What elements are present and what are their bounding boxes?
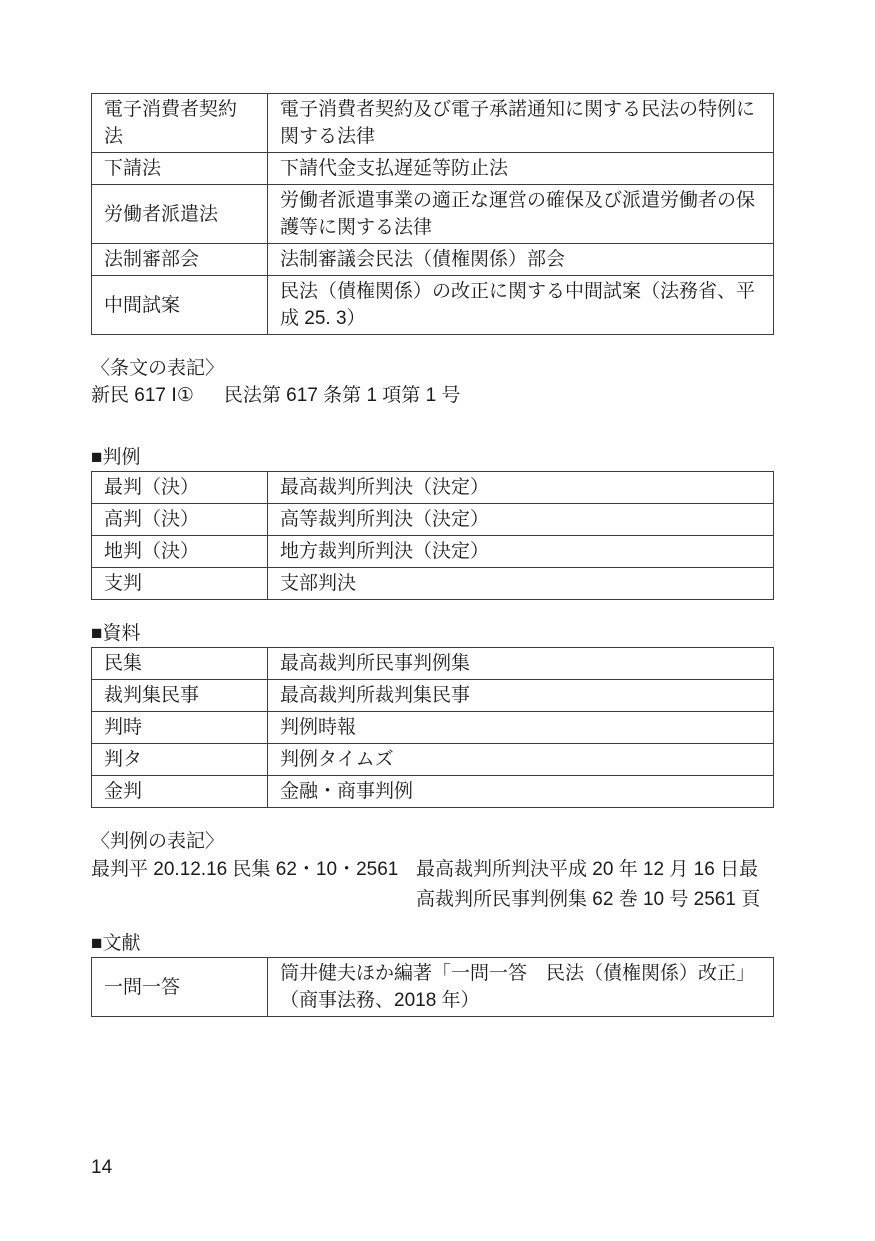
table-row: 判タ 判例タイムズ (92, 744, 774, 776)
document-page: 電子消費者契約法 電子消費者契約及び電子承諾通知に関する民法の特例に関する法律 … (0, 0, 875, 1241)
term-cell: 判タ (92, 744, 268, 776)
definition-cell: 民法（債権関係）の改正に関する中間試案（法務省、平成 25. 3） (268, 276, 774, 335)
term-cell: 法制審部会 (92, 244, 268, 276)
page-content: 電子消費者契約法 電子消費者契約及び電子承諾通知に関する民法の特例に関する法律 … (91, 93, 773, 1017)
table-row: 高判（決） 高等裁判所判決（決定） (92, 504, 774, 536)
term-cell: 労働者派遣法 (92, 185, 268, 244)
definition-cell: 筒井健夫ほか編著「一問一答 民法（債権関係）改正」（商事法務、2018 年） (268, 958, 774, 1017)
hanrei-abbreviation-table: 最判（決） 最高裁判所判決（決定） 高判（決） 高等裁判所判決（決定） 地判（決… (91, 471, 774, 600)
table-row: 支判 支部判決 (92, 568, 774, 600)
hanrei-hyoki-heading: 〈判例の表記〉 (91, 829, 773, 855)
term-cell: 最判（決） (92, 472, 268, 504)
table-row: 法制審部会 法制審議会民法（債権関係）部会 (92, 244, 774, 276)
definition-cell: 判例タイムズ (268, 744, 774, 776)
jobun-example-abbr: 新民 617 Ⅰ① (91, 385, 194, 406)
definition-cell: 地方裁判所判決（決定） (268, 536, 774, 568)
term-cell: 電子消費者契約法 (92, 94, 268, 153)
definition-cell: 判例時報 (268, 712, 774, 744)
bunken-heading: ■文献 (91, 931, 773, 957)
term-cell: 高判（決） (92, 504, 268, 536)
table-row: 一問一答 筒井健夫ほか編著「一問一答 民法（債権関係）改正」（商事法務、2018… (92, 958, 774, 1017)
definition-cell: 支部判決 (268, 568, 774, 600)
table-row: 中間試案 民法（債権関係）の改正に関する中間試案（法務省、平成 25. 3） (92, 276, 774, 335)
definition-cell: 高等裁判所判決（決定） (268, 504, 774, 536)
shiryo-heading: ■資料 (91, 621, 773, 647)
hanrei-heading: ■判例 (91, 445, 773, 471)
term-cell: 裁判集民事 (92, 680, 268, 712)
hanrei-hyoki-example-abbr: 最判平 20.12.16 民集 62・10・2561 (91, 855, 416, 915)
term-cell: 民集 (92, 648, 268, 680)
term-cell: 中間試案 (92, 276, 268, 335)
shiryo-abbreviation-table: 民集 最高裁判所民事判例集 裁判集民事 最高裁判所裁判集民事 判時 判例時報 判… (91, 647, 774, 808)
jobun-example-full: 民法第 617 条第 1 項第 1 号 (224, 385, 461, 406)
term-cell: 金判 (92, 776, 268, 808)
table-row: 下請法 下請代金支払遅延等防止法 (92, 153, 774, 185)
jobun-example-line: 新民 617 Ⅰ①民法第 617 条第 1 項第 1 号 (91, 382, 773, 410)
table-row: 裁判集民事 最高裁判所裁判集民事 (92, 680, 774, 712)
definition-cell: 下請代金支払遅延等防止法 (268, 153, 774, 185)
page-number: 14 (91, 1155, 112, 1181)
jobun-heading: 〈条文の表記〉 (91, 356, 773, 382)
hanrei-hyoki-example-line: 最判平 20.12.16 民集 62・10・2561 最高裁判所判決平成 20 … (91, 855, 773, 915)
term-cell: 一問一答 (92, 958, 268, 1017)
table-row: 民集 最高裁判所民事判例集 (92, 648, 774, 680)
table-row: 最判（決） 最高裁判所判決（決定） (92, 472, 774, 504)
definition-cell: 最高裁判所民事判例集 (268, 648, 774, 680)
table-row: 地判（決） 地方裁判所判決（決定） (92, 536, 774, 568)
term-cell: 支判 (92, 568, 268, 600)
definition-cell: 最高裁判所判決（決定） (268, 472, 774, 504)
definition-cell: 金融・商事判例 (268, 776, 774, 808)
definition-cell: 最高裁判所裁判集民事 (268, 680, 774, 712)
hanrei-hyoki-example-full: 最高裁判所判決平成 20 年 12 月 16 日最高裁判所民事判例集 62 巻 … (416, 855, 773, 915)
table-row: 電子消費者契約法 電子消費者契約及び電子承諾通知に関する民法の特例に関する法律 (92, 94, 774, 153)
table-row: 判時 判例時報 (92, 712, 774, 744)
table-row: 金判 金融・商事判例 (92, 776, 774, 808)
term-cell: 地判（決） (92, 536, 268, 568)
bunken-abbreviation-table: 一問一答 筒井健夫ほか編著「一問一答 民法（債権関係）改正」（商事法務、2018… (91, 957, 774, 1017)
term-cell: 判時 (92, 712, 268, 744)
term-cell: 下請法 (92, 153, 268, 185)
definition-cell: 法制審議会民法（債権関係）部会 (268, 244, 774, 276)
table-row: 労働者派遣法 労働者派遣事業の適正な運営の確保及び派遣労働者の保護等に関する法律 (92, 185, 774, 244)
definition-cell: 電子消費者契約及び電子承諾通知に関する民法の特例に関する法律 (268, 94, 774, 153)
definition-cell: 労働者派遣事業の適正な運営の確保及び派遣労働者の保護等に関する法律 (268, 185, 774, 244)
laws-abbreviation-table: 電子消費者契約法 電子消費者契約及び電子承諾通知に関する民法の特例に関する法律 … (91, 93, 774, 335)
